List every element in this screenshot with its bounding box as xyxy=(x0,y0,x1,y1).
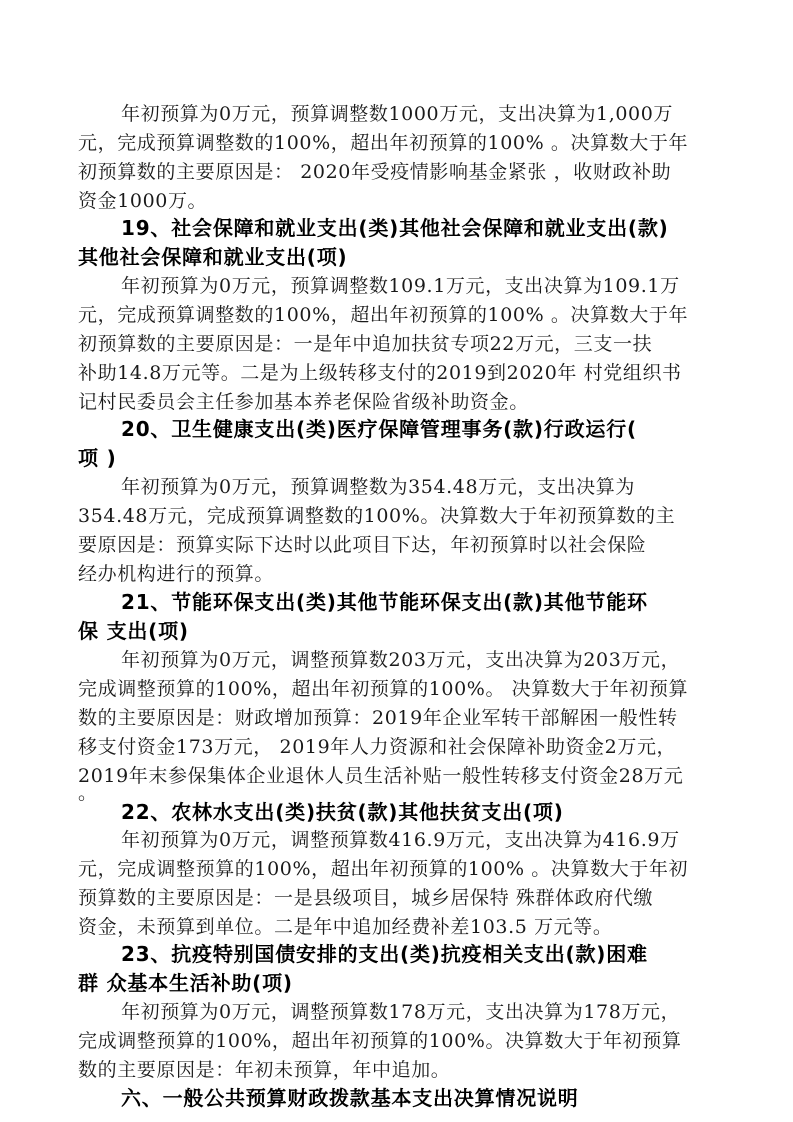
section-heading-21-cont: 保 支出(项) xyxy=(78,617,189,645)
paragraph-line: 。 xyxy=(78,779,98,807)
paragraph-line: 年初预算为0万元，调整预算数178万元，支出决算为178万元， xyxy=(121,998,680,1026)
paragraph-line: 初预算数的主要原因是：一是年中追加扶贫专项22万元，三支一扶 xyxy=(78,330,652,358)
section-heading-six: 六、一般公共预算财政拨款基本支出决算情况说明 xyxy=(121,1084,579,1112)
section-heading-19-cont: 其他社会保障和就业支出(项) xyxy=(78,243,347,271)
paragraph-line: 年初预算为0万元，调整预算数203万元，支出决算为203万元， xyxy=(121,646,680,674)
document-page: 年初预算为0万元，预算调整数1000万元，支出决算为1,000万 元，完成预算调… xyxy=(0,0,793,1122)
section-heading-23: 23、抗疫特别国债安排的支出(类)抗疫相关支出(款)困难 xyxy=(121,940,648,968)
paragraph-line: 数的主要原因是：年初未预算，年中追加。 xyxy=(78,1056,450,1084)
section-heading-20: 20、卫生健康支出(类)医疗保障管理事务(款)行政运行( xyxy=(121,415,637,443)
paragraph-line: 元，完成调整预算的100%，超出年初预算的100% 。决算数大于年初 xyxy=(78,855,688,883)
paragraph-line: 年初预算为0万元，调整预算数416.9万元，支出决算为416.9万 xyxy=(121,826,680,854)
paragraph-line: 完成调整预算的100%，超出年初预算的100%。 决算数大于年初预算 xyxy=(78,675,688,703)
paragraph-line: 要原因是：预算实际下达时以此项目下达，年初预算时以社会保险 xyxy=(78,531,646,559)
paragraph-line: 移支付资金173万元， 2019年人力资源和社会保障补助资金2万元， xyxy=(78,733,676,761)
section-heading-21: 21、节能环保支出(类)其他节能环保支出(款)其他节能环 xyxy=(121,588,648,616)
paragraph-line: 年初预算为0万元，预算调整数为354.48万元，支出决算为 xyxy=(121,473,635,501)
paragraph-line: 元，完成预算调整数的100%，超出年初预算的100% 。决算数大于年 xyxy=(78,301,688,329)
section-heading-19: 19、社会保障和就业支出(类)其他社会保障和就业支出(款) xyxy=(121,214,669,242)
paragraph-line: 完成调整预算的100%，超出年初预算的100%。决算数大于年初预算 xyxy=(78,1027,681,1055)
section-heading-23-cont: 群 众基本生活补助(项) xyxy=(78,969,293,997)
paragraph-line: 数的主要原因是：财政增加预算：2019年企业军转干部解困一般性转 xyxy=(78,704,678,732)
section-heading-22: 22、农林水支出(类)扶贫(款)其他扶贫支出(项) xyxy=(121,798,564,826)
paragraph-line: 记村民委员会主任参加基本养老保险省级补助资金。 xyxy=(78,388,529,416)
paragraph-line: 年初预算为0万元，预算调整数109.1万元，支出决算为109.1万 xyxy=(121,272,680,300)
paragraph-line: 预算数的主要原因是：一是县级项目，城乡居保特 殊群体政府代缴 xyxy=(78,884,653,912)
paragraph-line: 资金1000万。 xyxy=(78,187,207,215)
paragraph-line: 经办机构进行的预算。 xyxy=(78,560,274,588)
paragraph-line: 初预算数的主要原因是： 2020年受疫情影响基金紧张 ，收财政补助 xyxy=(78,158,671,186)
paragraph-line: 年初预算为0万元，预算调整数1000万元，支出决算为1,000万 xyxy=(121,100,673,128)
paragraph-line: 补助14.8万元等。二是为上级转移支付的2019到2020年 村党组织书 xyxy=(78,359,682,387)
paragraph-line: 资金，未预算到单位。二是年中追加经费补差103.5 万元等。 xyxy=(78,913,612,941)
paragraph-line: 354.48万元，完成预算调整数的100%。决算数大于年初预算数的主 xyxy=(78,502,675,530)
paragraph-line: 2019年末参保集体企业退休人员生活补贴一般性转移支付资金28万元 xyxy=(78,762,683,790)
paragraph-line: 元，完成预算调整数的100%，超出年初预算的100% 。决算数大于年 xyxy=(78,129,688,157)
section-heading-20-cont: 项 ) xyxy=(78,444,117,472)
